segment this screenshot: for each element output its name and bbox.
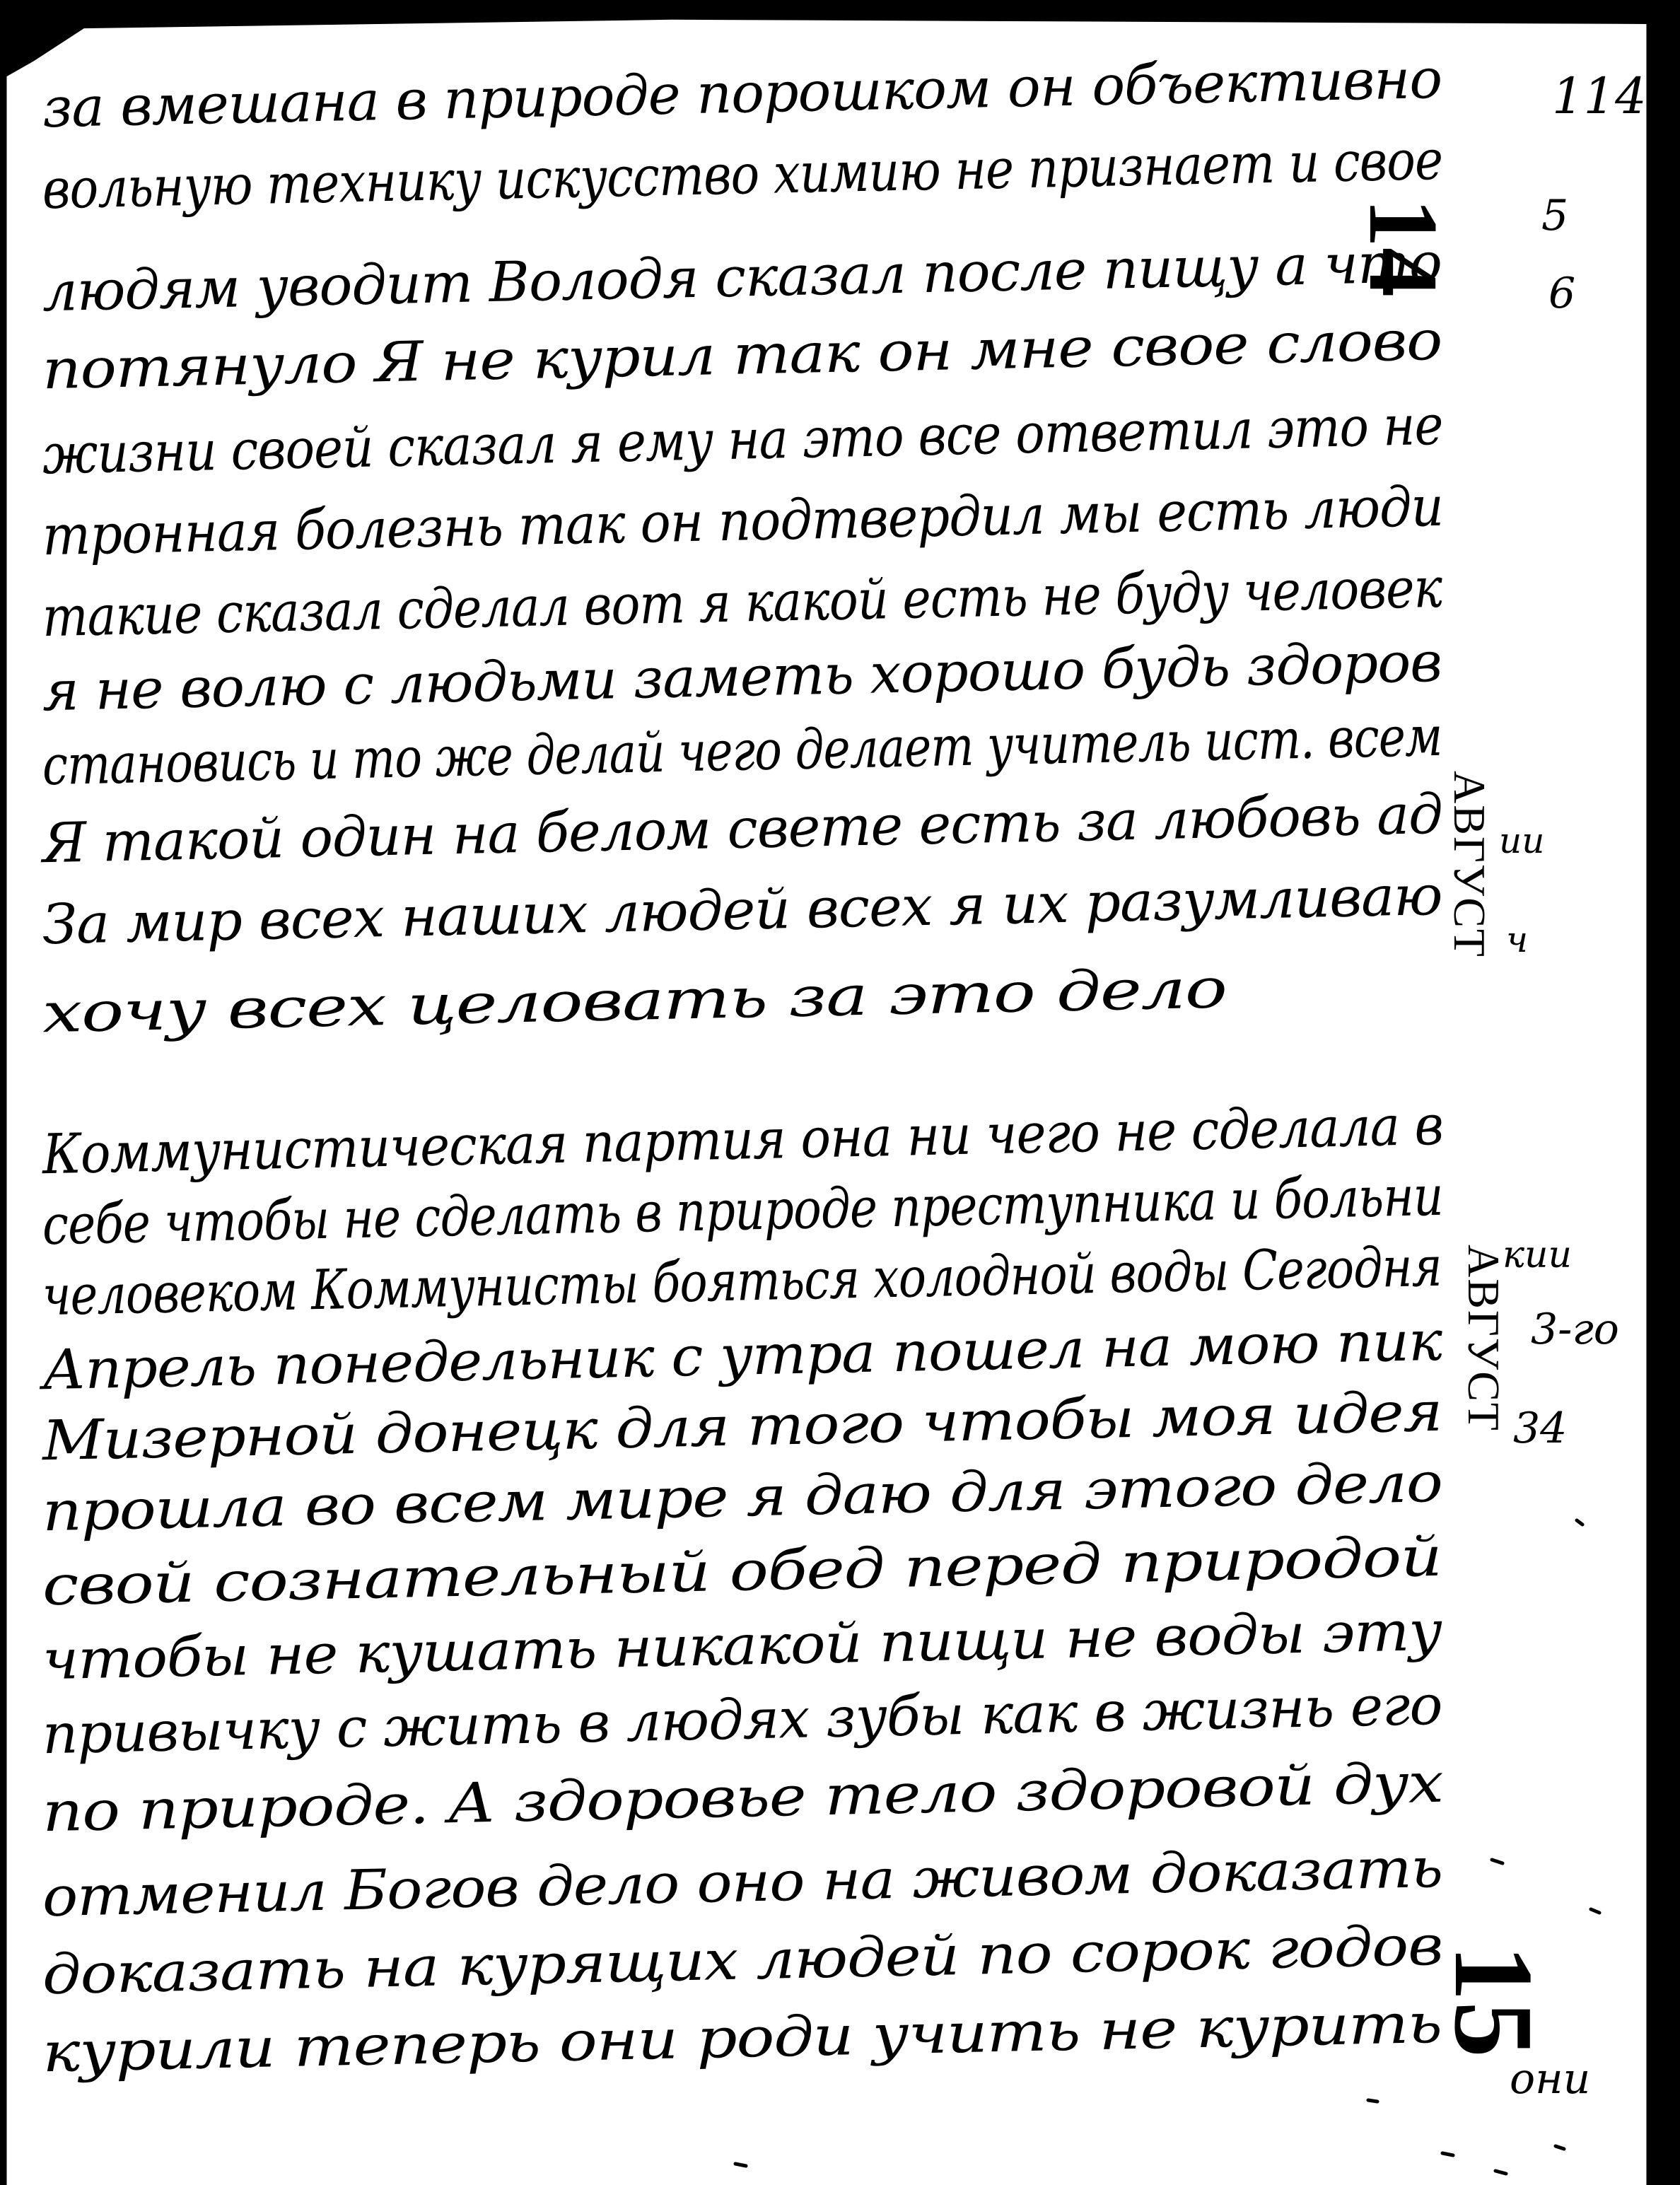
margin-note-august-1a: ии	[1499, 820, 1544, 861]
handwritten-line-4: потянуло Я не курил так он мне свое слов…	[42, 308, 1442, 402]
handwritten-line-11: За мир всех наших людей всех я их разумл…	[42, 863, 1442, 957]
margin-note-bottom: они	[1510, 2054, 1590, 2104]
date-stamp-month-august-2: АВГУСТ	[1457, 1245, 1510, 1432]
margin-note-august-1b: ч	[1506, 919, 1528, 960]
date-stamp-number-15: 15	[1428, 1945, 1559, 2058]
handwritten-line-5: жизни своей сказал я ему на это все отве…	[42, 393, 1443, 486]
handwritten-line-12: хочу всех целовать за это дело	[42, 957, 1227, 1045]
handwritten-line-3: людям уводит Володя сказал после пищу а …	[42, 231, 1442, 324]
handwritten-line-24: доказать на курящих людей по сорок годов	[42, 1913, 1443, 2007]
date-stamp-month-august: АВГУСТ	[1443, 771, 1495, 958]
handwritten-line-10: Я такой один на белом свете есть за любо…	[42, 782, 1443, 875]
margin-note-august-2c: 34	[1513, 1404, 1567, 1453]
margin-note-august-2b: 3-го	[1531, 1305, 1619, 1354]
margin-note-august-2a: кии	[1503, 1234, 1572, 1276]
page-number: 114	[1552, 67, 1647, 125]
handwritten-line-22: по природе. А здоровье тело здоровой дух	[42, 1751, 1443, 1844]
margin-note-top-b: 6	[1548, 269, 1575, 318]
handwritten-line-25: курили теперь они роди учить не курить	[42, 1991, 1442, 2085]
manuscript-page: 14 АВГУСТ АВГУСТ 15 114 5 6 ии ч кии 3-г…	[0, 0, 1680, 2185]
handwritten-line-23: отменил Богов дело оно на живом доказать	[42, 1836, 1443, 1929]
margin-note-top-a: 5	[1541, 191, 1568, 240]
handwritten-line-2: вольную технику искусство химию не призн…	[42, 128, 1443, 221]
handwritten-line-6: тронная болезнь так он подтвердил мы ест…	[42, 474, 1444, 568]
handwritten-line-1: за вмешана в природе порошком он объекти…	[42, 47, 1442, 140]
